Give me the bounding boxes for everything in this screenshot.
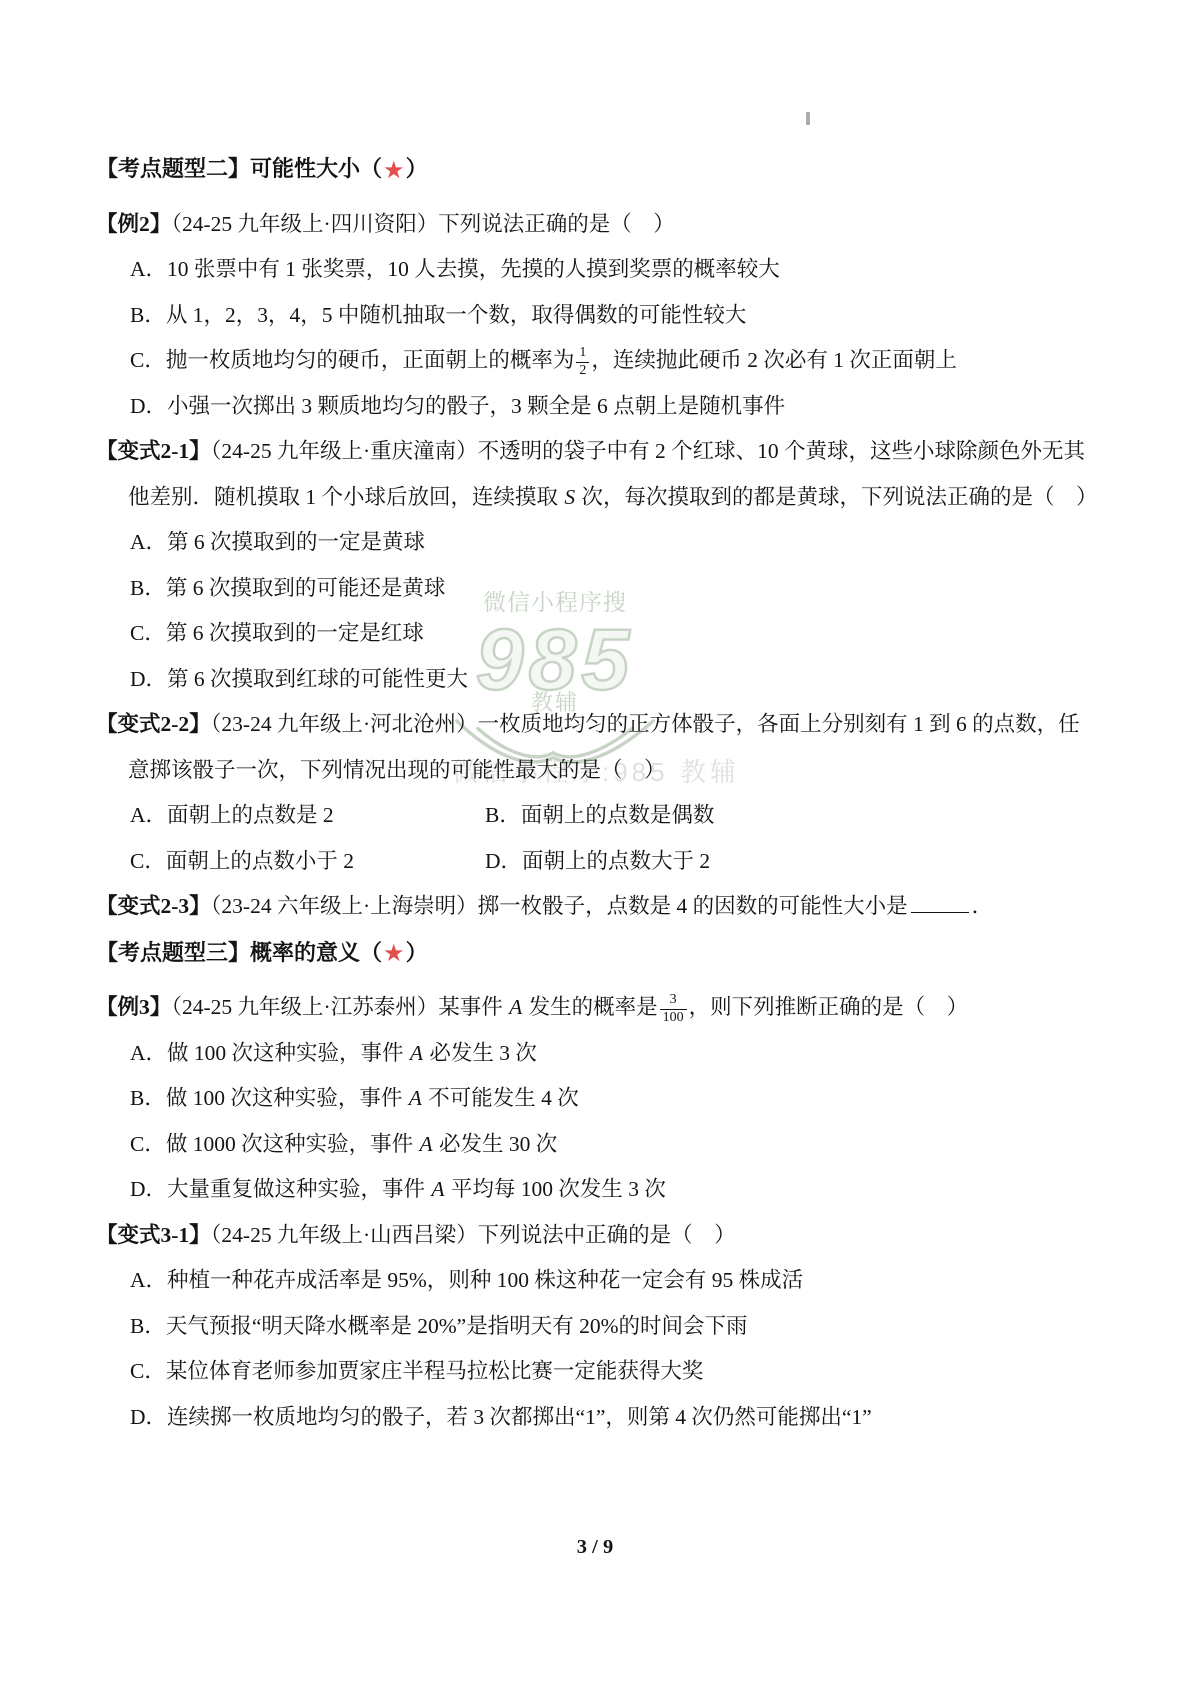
section-heading: 【考点题型二】可能性大小（★） xyxy=(96,146,1111,192)
worksheet-page: 微信小程序搜 985 教辅 微信小程序:985 教辅 【考点题型二】可能性大小（… xyxy=(0,0,1190,1683)
option-line: D．连续掷一枚质地均匀的骰子，若 3 次都掷出“1”，则第 4 次仍然可能掷出“… xyxy=(96,1395,1111,1441)
fraction: 12 xyxy=(576,345,589,380)
text-run: （23-24 九年级上·河北沧州）一枚质地均匀的正方体骰子，各面上分别刻有 1 … xyxy=(211,712,1080,736)
paren-close: ） xyxy=(406,940,428,965)
text-run: D．连续掷一枚质地均匀的骰子，若 3 次都掷出“1”，则第 4 次仍然可能掷出“… xyxy=(130,1405,872,1429)
stray-mark xyxy=(806,112,810,125)
page-number: 3 / 9 xyxy=(0,1536,1190,1559)
text-run: C．抛一枚质地均匀的硬币，正面朝上的概率为 xyxy=(130,348,574,372)
text-run: ，则下列推断正确的是（ ） xyxy=(689,995,969,1019)
option-line: C．第 6 次摸取到的一定是红球 xyxy=(96,611,1111,657)
option-row: C．面朝上的点数小于 2D．面朝上的点数大于 2 xyxy=(96,839,1111,885)
text-run: （24-25 九年级上·山西吕梁）下列说法中正确的是（ ） xyxy=(211,1223,736,1247)
text-run: B．天气预报“明天降水概率是 20%”是指明天有 20%的时间会下雨 xyxy=(130,1314,748,1338)
text-run: （24-25 九年级上·重庆潼南）不透明的袋子中有 2 个红球、10 个黄球，这… xyxy=(211,439,1085,463)
math-variable: A xyxy=(430,1177,445,1201)
option-line: B．做 100 次这种实验，事件 A 不可能发生 4 次 xyxy=(96,1076,1111,1122)
paren-open: （ xyxy=(360,940,382,965)
text-run: A．10 张票中有 1 张奖票，10 人去摸，先摸的人摸到奖票的概率较大 xyxy=(130,257,780,281)
option-line: A．10 张票中有 1 张奖票，10 人去摸，先摸的人摸到奖票的概率较大 xyxy=(96,247,1111,293)
option-line: B．天气预报“明天降水概率是 20%”是指明天有 20%的时间会下雨 xyxy=(96,1304,1111,1350)
text-run: 发生的概率是 xyxy=(523,995,657,1019)
star-icon: ★ xyxy=(382,940,406,967)
question-label: 【变式2-3】 xyxy=(96,894,211,918)
text-run: A．做 100 次这种实验，事件 xyxy=(130,1041,409,1065)
section-heading: 【考点题型三】概率的意义（★） xyxy=(96,930,1111,976)
question-label: 【例3】 xyxy=(96,995,171,1019)
text-run: ． xyxy=(972,894,994,918)
text-run: C．某位体育老师参加贾家庄半程马拉松比赛一定能获得大奖 xyxy=(130,1359,703,1383)
option-line: D．第 6 次摸取到红球的可能性更大 xyxy=(96,657,1111,703)
answer-blank xyxy=(911,892,969,914)
document-body: 【考点题型二】可能性大小（★）【例2】（24-25 九年级上·四川资阳）下列说法… xyxy=(96,146,1111,1440)
question-label: 【变式2-1】 xyxy=(96,439,211,463)
paren-open: （ xyxy=(360,156,382,181)
text-run: D．第 6 次摸取到红球的可能性更大 xyxy=(130,667,468,691)
question-stem: 【例3】（24-25 九年级上·江苏泰州）某事件 A 发生的概率是3100，则下… xyxy=(96,985,1111,1031)
text-run: B．做 100 次这种实验，事件 xyxy=(130,1086,408,1110)
option-line: C．抛一枚质地均匀的硬币，正面朝上的概率为12，连续抛此硬币 2 次必有 1 次… xyxy=(96,338,1111,384)
heading-title: 概率的意义 xyxy=(250,940,360,965)
question-stem: 【变式2-3】（23-24 六年级上·上海崇明）掷一枚骰子，点数是 4 的因数的… xyxy=(96,884,1111,930)
option-line: A．做 100 次这种实验，事件 A 必发生 3 次 xyxy=(96,1031,1111,1077)
heading-label: 【考点题型三】 xyxy=(96,940,250,965)
option-line: B．从 1，2，3，4，5 中随机抽取一个数，取得偶数的可能性较大 xyxy=(96,293,1111,339)
option-row: A．面朝上的点数是 2B．面朝上的点数是偶数 xyxy=(96,793,1111,839)
text-run: A．面朝上的点数是 2 xyxy=(130,803,334,827)
math-variable: A xyxy=(418,1132,433,1156)
text-run: C．做 1000 次这种实验，事件 xyxy=(130,1132,418,1156)
heading-label: 【考点题型二】 xyxy=(96,156,250,181)
math-variable: A xyxy=(409,1041,424,1065)
question-stem: 【变式2-2】（23-24 九年级上·河北沧州）一枚质地均匀的正方体骰子，各面上… xyxy=(96,702,1111,748)
question-stem: 【变式2-1】（24-25 九年级上·重庆潼南）不透明的袋子中有 2 个红球、1… xyxy=(96,429,1111,475)
text-run: B．第 6 次摸取到的可能还是黄球 xyxy=(130,576,445,600)
text-run: 意掷该骰子一次，下列情况出现的可能性最大的是（ ） xyxy=(128,758,666,782)
text-run: B．从 1，2，3，4，5 中随机抽取一个数，取得偶数的可能性较大 xyxy=(130,303,746,327)
text-run: A．第 6 次摸取到的一定是黄球 xyxy=(130,530,425,554)
option-line: D．大量重复做这种实验，事件 A 平均每 100 次发生 3 次 xyxy=(96,1167,1111,1213)
question-label: 【例2】 xyxy=(96,212,171,236)
fraction: 3100 xyxy=(660,992,687,1027)
math-variable: S xyxy=(563,485,576,509)
text-run: D．小强一次掷出 3 颗质地均匀的骰子，3 颗全是 6 点朝上是随机事件 xyxy=(130,394,785,418)
option-line: B．面朝上的点数是偶数 xyxy=(485,803,714,827)
question-label: 【变式3-1】 xyxy=(96,1223,211,1247)
text-run: （23-24 六年级上·上海崇明）掷一枚骰子，点数是 4 的因数的可能性大小是 xyxy=(211,894,908,918)
text-run: （24-25 九年级上·四川资阳）下列说法正确的是（ ） xyxy=(171,212,674,236)
text-run: 次，每次摸取到的都是黄球，下列说法正确的是（ ） xyxy=(576,485,1097,509)
question-stem: 【例2】（24-25 九年级上·四川资阳）下列说法正确的是（ ） xyxy=(96,202,1111,248)
text-run: B．面朝上的点数是偶数 xyxy=(485,803,714,827)
text-run: 不可能发生 4 次 xyxy=(423,1086,579,1110)
text-run: 必发生 30 次 xyxy=(434,1132,558,1156)
option-line: B．第 6 次摸取到的可能还是黄球 xyxy=(96,566,1111,612)
text-run: C．第 6 次摸取到的一定是红球 xyxy=(130,621,424,645)
option-line: D．面朝上的点数大于 2 xyxy=(485,849,710,873)
text-run: （24-25 九年级上·江苏泰州）某事件 xyxy=(171,995,508,1019)
option-line: C．某位体育老师参加贾家庄半程马拉松比赛一定能获得大奖 xyxy=(96,1349,1111,1395)
option-line: C．面朝上的点数小于 2 xyxy=(130,839,485,885)
option-line: C．做 1000 次这种实验，事件 A 必发生 30 次 xyxy=(96,1122,1111,1168)
question-label: 【变式2-2】 xyxy=(96,712,211,736)
math-variable: A xyxy=(508,995,523,1019)
text-run: A．种植一种花卉成活率是 95%，则种 100 株这种花一定会有 95 株成活 xyxy=(130,1268,803,1292)
text-run: C．面朝上的点数小于 2 xyxy=(130,849,354,873)
star-icon: ★ xyxy=(382,157,406,184)
question-stem: 【变式3-1】（24-25 九年级上·山西吕梁）下列说法中正确的是（ ） xyxy=(96,1213,1111,1259)
option-line: A．第 6 次摸取到的一定是黄球 xyxy=(96,520,1111,566)
option-line: A．种植一种花卉成活率是 95%，则种 100 株这种花一定会有 95 株成活 xyxy=(96,1258,1111,1304)
text-run: 平均每 100 次发生 3 次 xyxy=(446,1177,666,1201)
paren-close: ） xyxy=(406,156,428,181)
text-run: D．大量重复做这种实验，事件 xyxy=(130,1177,430,1201)
text-run: D．面朝上的点数大于 2 xyxy=(485,849,710,873)
text-run: 他差别．随机摸取 1 个小球后放回，连续摸取 xyxy=(128,485,563,509)
text-run: ，连续抛此硬币 2 次必有 1 次正面朝上 xyxy=(591,348,957,372)
option-line: A．面朝上的点数是 2 xyxy=(130,793,485,839)
text-run: 必发生 3 次 xyxy=(424,1041,537,1065)
stem-continuation: 他差别．随机摸取 1 个小球后放回，连续摸取 S 次，每次摸取到的都是黄球，下列… xyxy=(96,475,1111,521)
math-variable: A xyxy=(408,1086,423,1110)
stem-continuation: 意掷该骰子一次，下列情况出现的可能性最大的是（ ） xyxy=(96,748,1111,794)
option-line: D．小强一次掷出 3 颗质地均匀的骰子，3 颗全是 6 点朝上是随机事件 xyxy=(96,384,1111,430)
heading-title: 可能性大小 xyxy=(250,156,360,181)
